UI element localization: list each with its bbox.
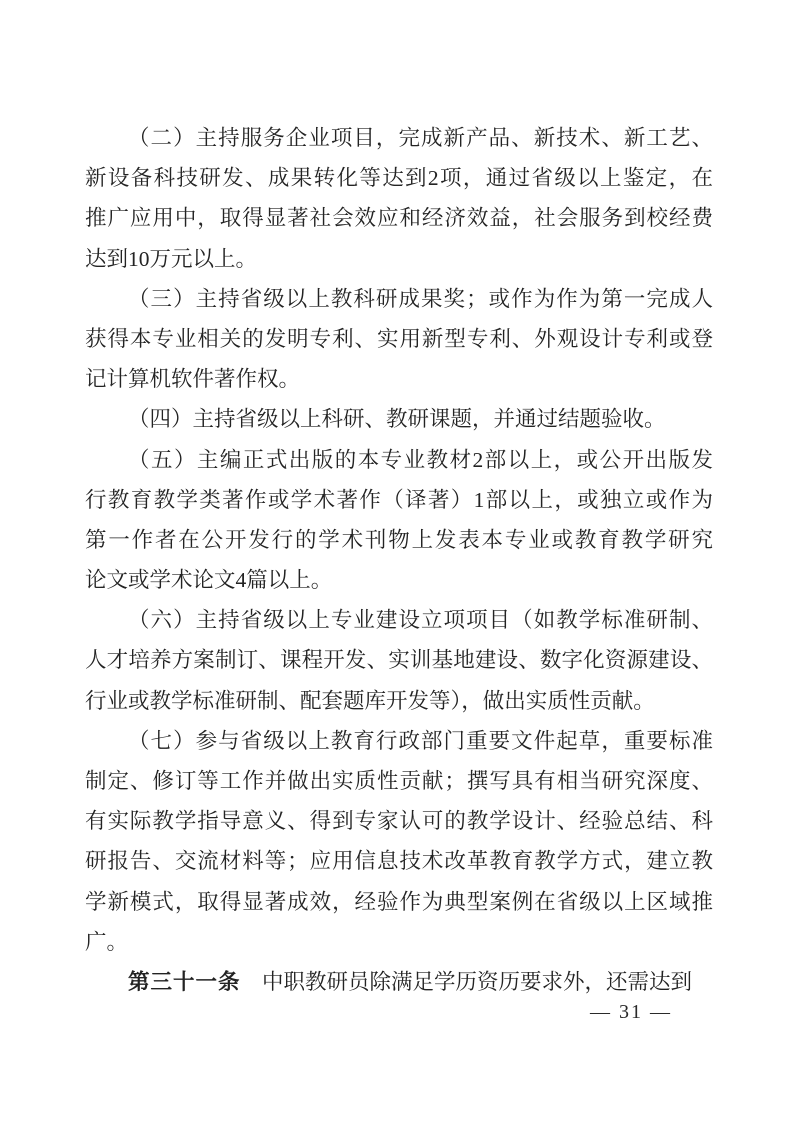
text-line: （二）主持服务企业项目，完成新产品、新技术、新工艺、	[85, 118, 713, 158]
text-line: 新设备科技研发、成果转化等达到2项，通过省级以上鉴定，在	[85, 158, 713, 198]
text-line: 行业或教学标准研制、配套题库开发等），做出实质性贡献。	[85, 681, 713, 721]
text-line: 人才培养方案制订、课程开发、实训基地建设、数字化资源建设、	[85, 640, 713, 680]
paragraph-6: （七）参与省级以上教育行政部门重要文件起草，重要标准制定、修订等工作并做出实质性…	[85, 721, 713, 962]
text-line: 行教育教学类著作或学术著作（译著）1部以上，或独立或作为	[85, 480, 713, 520]
paragraph-5: （六）主持省级以上专业建设立项项目（如教学标准研制、人才培养方案制订、课程开发、…	[85, 600, 713, 721]
text-line: 记计算机软件著作权。	[85, 359, 713, 399]
text-line: 达到10万元以上。	[85, 239, 713, 279]
page-number: — 31 —	[590, 1000, 672, 1024]
text-line: 广。	[85, 922, 713, 962]
paragraph-3: （四）主持省级以上科研、教研课题，并通过结题验收。	[85, 399, 713, 439]
document-page: （二）主持服务企业项目，完成新产品、新技术、新工艺、新设备科技研发、成果转化等达…	[0, 0, 800, 1131]
text-line: （四）主持省级以上科研、教研课题，并通过结题验收。	[85, 399, 713, 439]
document-body: （二）主持服务企业项目，完成新产品、新技术、新工艺、新设备科技研发、成果转化等达…	[85, 118, 713, 1002]
text-line: 学新模式，取得显著成效，经验作为典型案例在省级以上区域推	[85, 882, 713, 922]
text-line: 制定、修订等工作并做出实质性贡献；撰写具有相当研究深度、	[85, 761, 713, 801]
paragraph-2: （三）主持省级以上教科研成果奖；或作为作为第一完成人获得本专业相关的发明专利、实…	[85, 279, 713, 400]
text-line: 有实际教学指导意义、得到专家认可的教学设计、经验总结、科	[85, 801, 713, 841]
text-line: 第一作者在公开发行的学术刊物上发表本专业或教育教学研究	[85, 520, 713, 560]
article-text: 中职教研员除满足学历资历要求外，还需达到	[262, 970, 692, 994]
paragraph-7: 第三十一条中职教研员除满足学历资历要求外，还需达到	[85, 962, 713, 1002]
text-line: （六）主持省级以上专业建设立项项目（如教学标准研制、	[85, 600, 713, 640]
text-line: （七）参与省级以上教育行政部门重要文件起草，重要标准	[85, 721, 713, 761]
paragraph-1: （二）主持服务企业项目，完成新产品、新技术、新工艺、新设备科技研发、成果转化等达…	[85, 118, 713, 279]
article-number-bold: 第三十一条	[128, 970, 241, 994]
paragraph-4: （五）主编正式出版的本专业教材2部以上，或公开出版发行教育教学类著作或学术著作（…	[85, 440, 713, 601]
text-line: 论文或学术论文4篇以上。	[85, 560, 713, 600]
text-line: 第三十一条中职教研员除满足学历资历要求外，还需达到	[85, 962, 713, 1002]
text-line: 获得本专业相关的发明专利、实用新型专利、外观设计专利或登	[85, 319, 713, 359]
text-line: （五）主编正式出版的本专业教材2部以上，或公开出版发	[85, 440, 713, 480]
text-line: （三）主持省级以上教科研成果奖；或作为作为第一完成人	[85, 279, 713, 319]
text-line: 推广应用中，取得显著社会效应和经济效益，社会服务到校经费	[85, 198, 713, 238]
text-line: 研报告、交流材料等；应用信息技术改革教育教学方式，建立教	[85, 841, 713, 881]
